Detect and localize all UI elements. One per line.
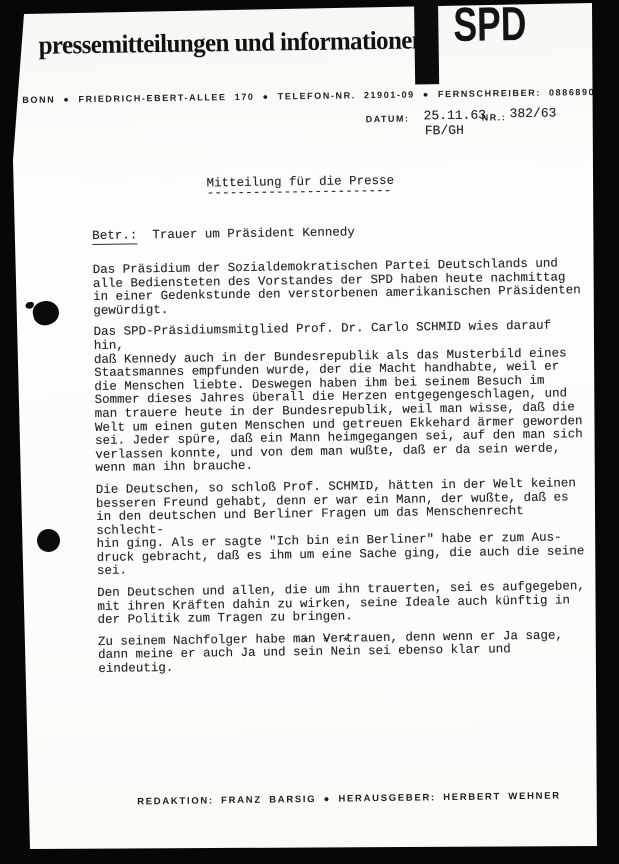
spd-logo: SPD [453, 1, 527, 50]
title-underline: ------------------------ [207, 184, 392, 201]
nr-value: 382/63 [509, 106, 556, 122]
datum-value: 25.11.63 [424, 108, 487, 124]
subject-row: Betr.:Trauer um Präsident Kennedy [92, 225, 355, 245]
logo-divider-bar [414, 0, 439, 84]
paragraph: Das Präsidium der Sozialdemokratischen P… [93, 257, 586, 318]
section-separator: * * * [302, 635, 350, 650]
nr-label: NR.: [482, 112, 507, 122]
footer-imprint: REDAKTION: FRANZ BARSIG ● HERAUSGEBER: H… [137, 791, 561, 808]
datum-label: DATUM: [366, 114, 410, 125]
paragraph: Die Deutschen, so schloß Prof. SCHMID, h… [96, 477, 589, 579]
subject-label: Betr.: [92, 228, 137, 245]
scanned-press-release: pressemitteilungen und informationen SPD… [0, 0, 619, 864]
page-content: pressemitteilungen und informationen SPD… [0, 0, 619, 864]
paragraph: Das SPD-Präsidiumsmitglied Prof. Dr. Car… [94, 320, 588, 476]
masthead-title: pressemitteilungen und informationen [38, 25, 425, 60]
reference-code: FB/GH [425, 123, 464, 139]
paragraphs: Das Präsidium der Sozialdemokratischen P… [93, 257, 591, 684]
address-line: BONN ● FRIEDRICH-EBERT-ALLEE 170 ● TELEF… [22, 87, 595, 105]
paragraph: Den Deutschen und allen, die um ihn trau… [97, 580, 590, 628]
punch-hole-bottom [37, 529, 60, 552]
subject-text: Trauer um Präsident Kennedy [152, 225, 355, 242]
